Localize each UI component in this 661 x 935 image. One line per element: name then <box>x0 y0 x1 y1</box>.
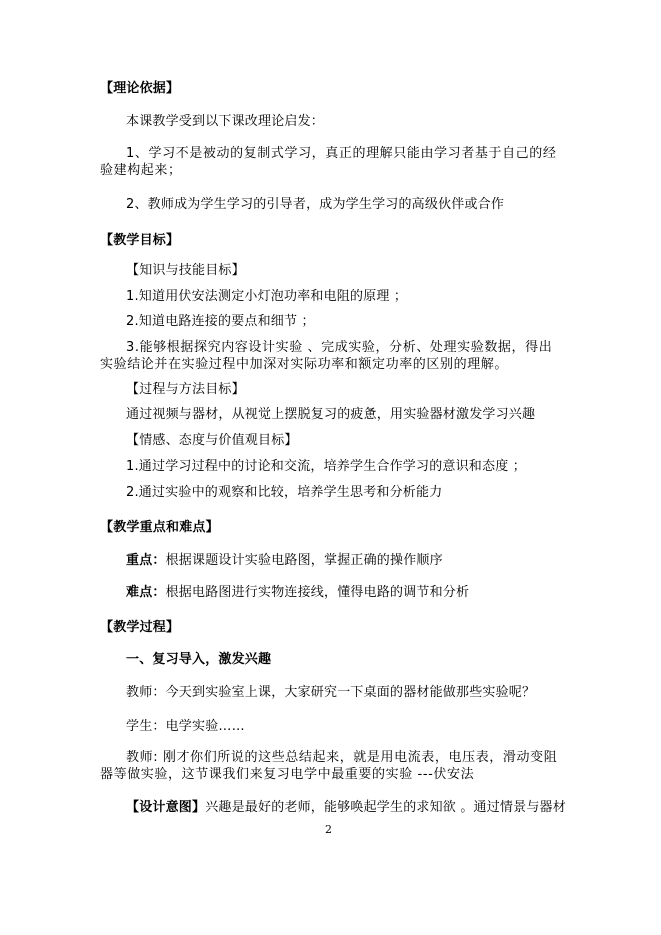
key-point-label: 重点： <box>126 553 166 568</box>
dialog-teacher-1: 教师：今天到实验室上课，大家研究一下桌面的器材能做那些实验呢？ <box>126 684 566 701</box>
emotion-item-2: 2.通过实验中的观察和比较，培养学生思考和分析能力 <box>126 484 566 501</box>
theory-point-1: 1、学习不是被动的复制式学习，真正的理解只能由学习者基于自己的经验建构起来； <box>100 145 565 179</box>
section-heading-theory: 【理论依据】 <box>100 80 565 97</box>
key-point-text: 根据课题设计实验电路图，掌握正确的操作顺序 <box>166 553 443 568</box>
design-intent-text: 兴趣是最好的老师，能够唤起学生的求知欲 。通过情景与器材 <box>205 800 566 815</box>
key-point: 重点：根据课题设计实验电路图，掌握正确的操作顺序 <box>126 552 566 569</box>
dialog-student-1: 学生：电学实验…… <box>126 718 566 735</box>
process-step-1-title: 一、复习导入，激发兴趣 <box>126 651 566 668</box>
design-intent-label: 【设计意图】 <box>126 800 205 815</box>
section-heading-key-points: 【教学重点和难点】 <box>100 519 565 536</box>
theory-intro: 本课教学受到以下课改理论启发： <box>126 113 566 130</box>
difficult-point: 难点：根据电路图进行实物连接线，懂得电路的调节和分析 <box>126 584 566 601</box>
knowledge-item-2: 2.知道电路连接的要点和细节 ； <box>126 313 566 330</box>
page-number: 2 <box>325 823 332 836</box>
design-intent: 【设计意图】兴趣是最好的老师，能够唤起学生的求知欲 。通过情景与器材 <box>126 799 566 816</box>
document-page: 【理论依据】 本课教学受到以下课改理论启发： 1、学习不是被动的复制式学习，真正… <box>0 0 661 935</box>
difficult-point-text: 根据电路图进行实物连接线，懂得电路的调节和分析 <box>166 585 470 600</box>
process-method-subheading: 【过程与方法目标】 <box>126 381 566 398</box>
theory-point-2: 2、教师成为学生学习的引导者，成为学生学习的高级伙伴或合作 <box>126 196 566 213</box>
knowledge-subheading: 【知识与技能目标】 <box>126 262 566 279</box>
emotion-subheading: 【情感、态度与价值观目标】 <box>126 432 566 449</box>
section-heading-objectives: 【教学目标】 <box>100 232 565 249</box>
knowledge-item-3: 3.能够根据探究内容设计实验 、完成实验，分析、处理实验数据，得出实验结论并在实… <box>100 339 565 373</box>
dialog-teacher-2: 教师: 刚才你们所说的这些总结起来，就是用电流表，电压表，滑动变阻器等做实验，这… <box>100 749 565 783</box>
emotion-item-1: 1.通过学习过程中的讨论和交流，培养学生合作学习的意识和态度 ； <box>126 458 566 475</box>
difficult-point-label: 难点： <box>126 585 166 600</box>
section-heading-process: 【教学过程】 <box>100 619 565 636</box>
process-method-text: 通过视频与器材，从视觉上摆脱复习的疲惫，用实验器材激发学习兴趣 <box>126 406 566 423</box>
knowledge-item-1: 1.知道用伏安法测定小灯泡功率和电阻的原理 ； <box>126 288 566 305</box>
